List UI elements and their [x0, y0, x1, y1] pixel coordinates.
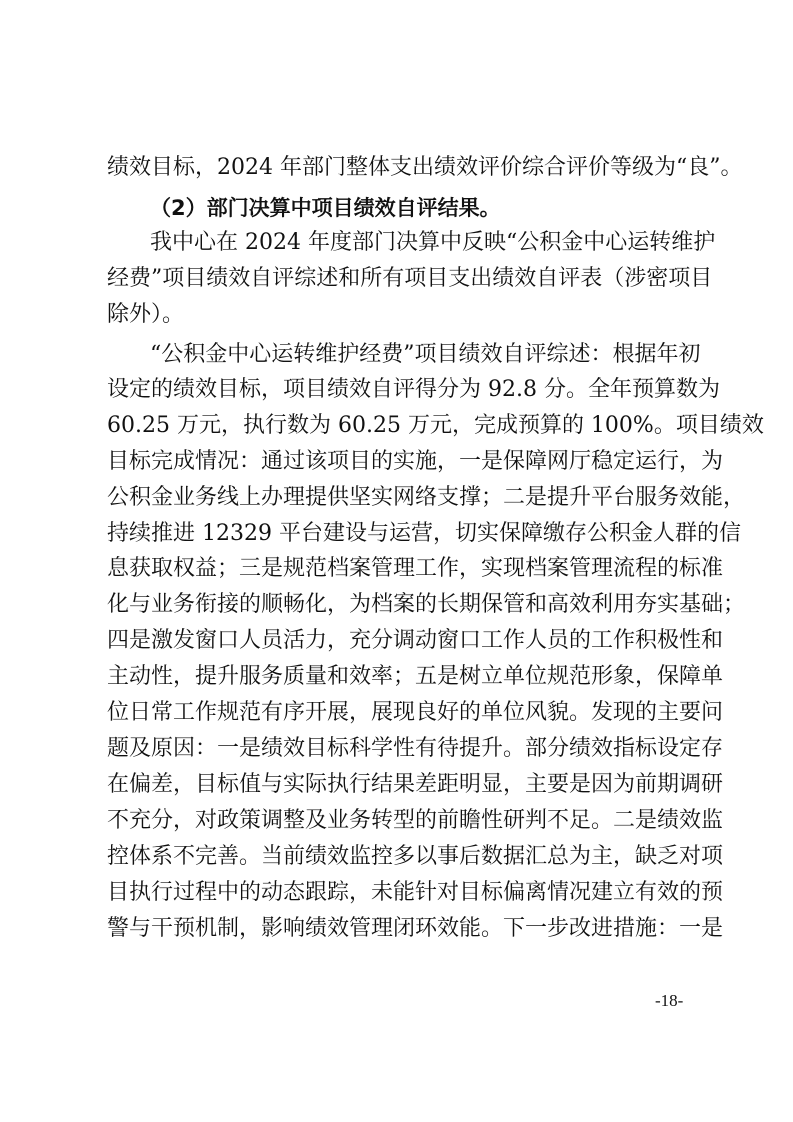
text-line: 化与业务衔接的顺畅化，为档案的长期保管和高效利用夯实基础； [107, 592, 693, 618]
text-line: 主动性，提升服务质量和效率；五是树立单位规范形象，保障单 [107, 664, 693, 690]
text-line: 息获取权益；三是规范档案管理工作，实现档案管理流程的标准 [107, 556, 693, 582]
text-line: 公积金业务线上办理提供坚实网络支撑；二是提升平台服务效能， [107, 485, 693, 511]
section-heading: （2）部门决算中项目绩效自评结果。 [150, 195, 501, 221]
text-line: 四是激发窗口人员活力，充分调动窗口工作人员的工作积极性和 [107, 628, 693, 654]
text-line: 警与干预机制，影响绩效管理闭环效能。下一步改进措施：一是 [107, 916, 693, 942]
text-line: 不充分，对政策调整及业务转型的前瞻性研判不足。二是绩效监 [107, 808, 693, 834]
page-number: -18- [655, 990, 683, 1012]
text-line: 我中心在 2024 年度部门决算中反映“公积金中心运转维护 [150, 230, 693, 256]
document-page: 绩效目标，2024 年部门整体支出绩效评价综合评价等级为“良”。 （2）部门决算… [0, 0, 793, 1122]
text-line: 绩效目标，2024 年部门整体支出绩效评价综合评价等级为“良”。 [107, 155, 693, 181]
text-line: 题及原因：一是绩效目标科学性有待提升。部分绩效指标设定存 [107, 736, 693, 762]
text-line: 60.25 万元，执行数为 60.25 万元，完成预算的 100%。项目绩效 [107, 413, 693, 439]
text-line: 目执行过程中的动态跟踪，未能针对目标偏离情况建立有效的预 [107, 880, 693, 906]
text-line: 在偏差，目标值与实际执行结果差距明显，主要是因为前期调研 [107, 772, 693, 798]
text-line: 位日常工作规范有序开展，展现良好的单位风貌。发现的主要问 [107, 700, 693, 726]
text-line: 控体系不完善。当前绩效监控多以事后数据汇总为主，缺乏对项 [107, 844, 693, 870]
text-line: 持续推进 12329 平台建设与运营，切实保障缴存公积金人群的信 [107, 521, 693, 547]
text-line: “公积金中心运转维护经费”项目绩效自评综述：根据年初 [150, 342, 693, 368]
text-line: 除外）。 [107, 302, 693, 328]
text-line: 设定的绩效目标，项目绩效自评得分为 92.8 分。全年预算数为 [107, 377, 693, 403]
text-line: 目标完成情况：通过该项目的实施，一是保障网厅稳定运行，为 [107, 449, 693, 475]
text-line: 经费”项目绩效自评综述和所有项目支出绩效自评表（涉密项目 [107, 266, 693, 292]
